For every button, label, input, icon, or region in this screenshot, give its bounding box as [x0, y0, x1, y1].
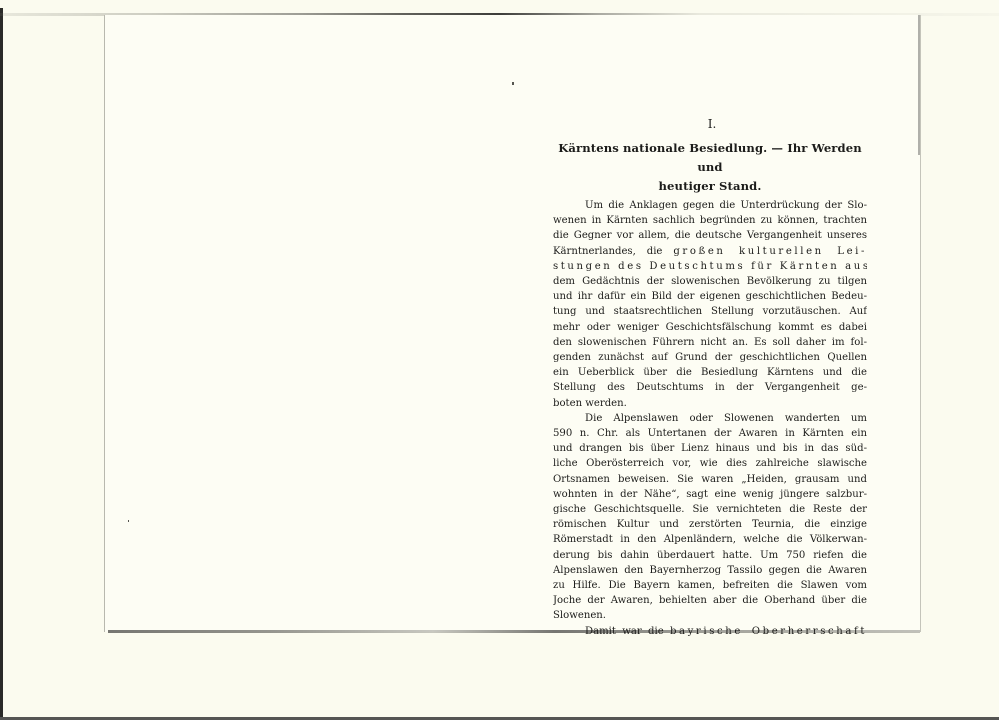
body-line: zu Hilfe. Die Bayern kamen, befreiten di…	[553, 578, 867, 593]
body-line: römischen Kultur und zerstörten Teurnia,…	[553, 517, 867, 532]
body-line: die Gegner vor allem, die deutsche Verga…	[553, 228, 867, 243]
emphasized-phrase: bayrische Oberherrschaft	[670, 626, 867, 637]
body-line: Slowenen.	[553, 608, 867, 623]
body-line: boten werden.	[553, 396, 867, 411]
dust-speck	[512, 82, 514, 85]
title-line: Kärntens nationale Besiedlung. — Ihr Wer…	[553, 139, 867, 177]
emphasized-phrase: stungen des Deutschtums für Kärnten aus	[553, 261, 867, 272]
body-line: Alpenslawen den Bayernherzog Tassilo geg…	[553, 563, 867, 578]
chapter-number: I.	[557, 116, 867, 132]
body-line: wenen in Kärnten sachlich begründen zu k…	[553, 213, 867, 228]
dust-speck	[128, 520, 129, 522]
body-line: Joche der Awaren, behielten aber die Obe…	[553, 593, 867, 608]
chapter-title: Kärntens nationale Besiedlung. — Ihr Wer…	[553, 139, 867, 196]
body-line: liche Oberösterreich vor, wie dies zahlr…	[553, 456, 867, 471]
emphasized-phrase: großen kulturellen Lei-	[673, 246, 867, 257]
body-line: stungen des Deutschtums für Kärnten aus	[553, 259, 867, 274]
body-line: den slowenischen Führern nicht an. Es so…	[553, 335, 867, 350]
body-line: derung bis dahin überdauert hatte. Um 75…	[553, 548, 867, 563]
body-line: dem Gedächtnis der slowenischen Bevölker…	[553, 274, 867, 289]
body-line: 590 n. Chr. als Untertanen der Awaren in…	[553, 426, 867, 441]
body-line: wohnten in der Nähe“, sagt eine wenig jü…	[553, 487, 867, 502]
body-line: mehr oder weniger Geschichtsfälschung ko…	[553, 320, 867, 335]
body-line: Römerstadt in den Alpenländern, welche d…	[553, 532, 867, 547]
body-line: Die Alpenslawen oder Slowenen wanderten …	[553, 411, 867, 426]
body-line: und drangen bis über Lienz hinaus und bi…	[553, 441, 867, 456]
body-line: gische Geschichtsquelle. Sie vernichtete…	[553, 502, 867, 517]
body-line: tung und staatsrechtlichen Stellung vorz…	[553, 304, 867, 319]
body-line: Um die Anklagen gegen die Unterdrückung …	[553, 198, 867, 213]
body-line: Stellung des Deutschtums in der Vergange…	[553, 380, 867, 395]
body-line: genden zunächst auf Grund der geschichtl…	[553, 350, 867, 365]
text-column: I. Kärntens nationale Besiedlung. — Ihr …	[553, 116, 867, 639]
scan-left-edge	[0, 8, 3, 720]
body-text: Um die Anklagen gegen die Unterdrückung …	[553, 198, 867, 639]
body-line: Damit war die bayrische Oberherrschaft	[553, 624, 867, 639]
title-line: heutiger Stand.	[553, 177, 867, 196]
body-line: Ortsnamen beweisen. Sie waren „Heiden, g…	[553, 472, 867, 487]
body-line: und ihr dafür ein Bild der eigenen gesch…	[553, 289, 867, 304]
right-margin-line	[918, 15, 920, 155]
body-line: Kärntnerlandes, die großen kulturellen L…	[553, 244, 867, 259]
body-line: ein Ueberblick über die Besiedlung Kärnt…	[553, 365, 867, 380]
